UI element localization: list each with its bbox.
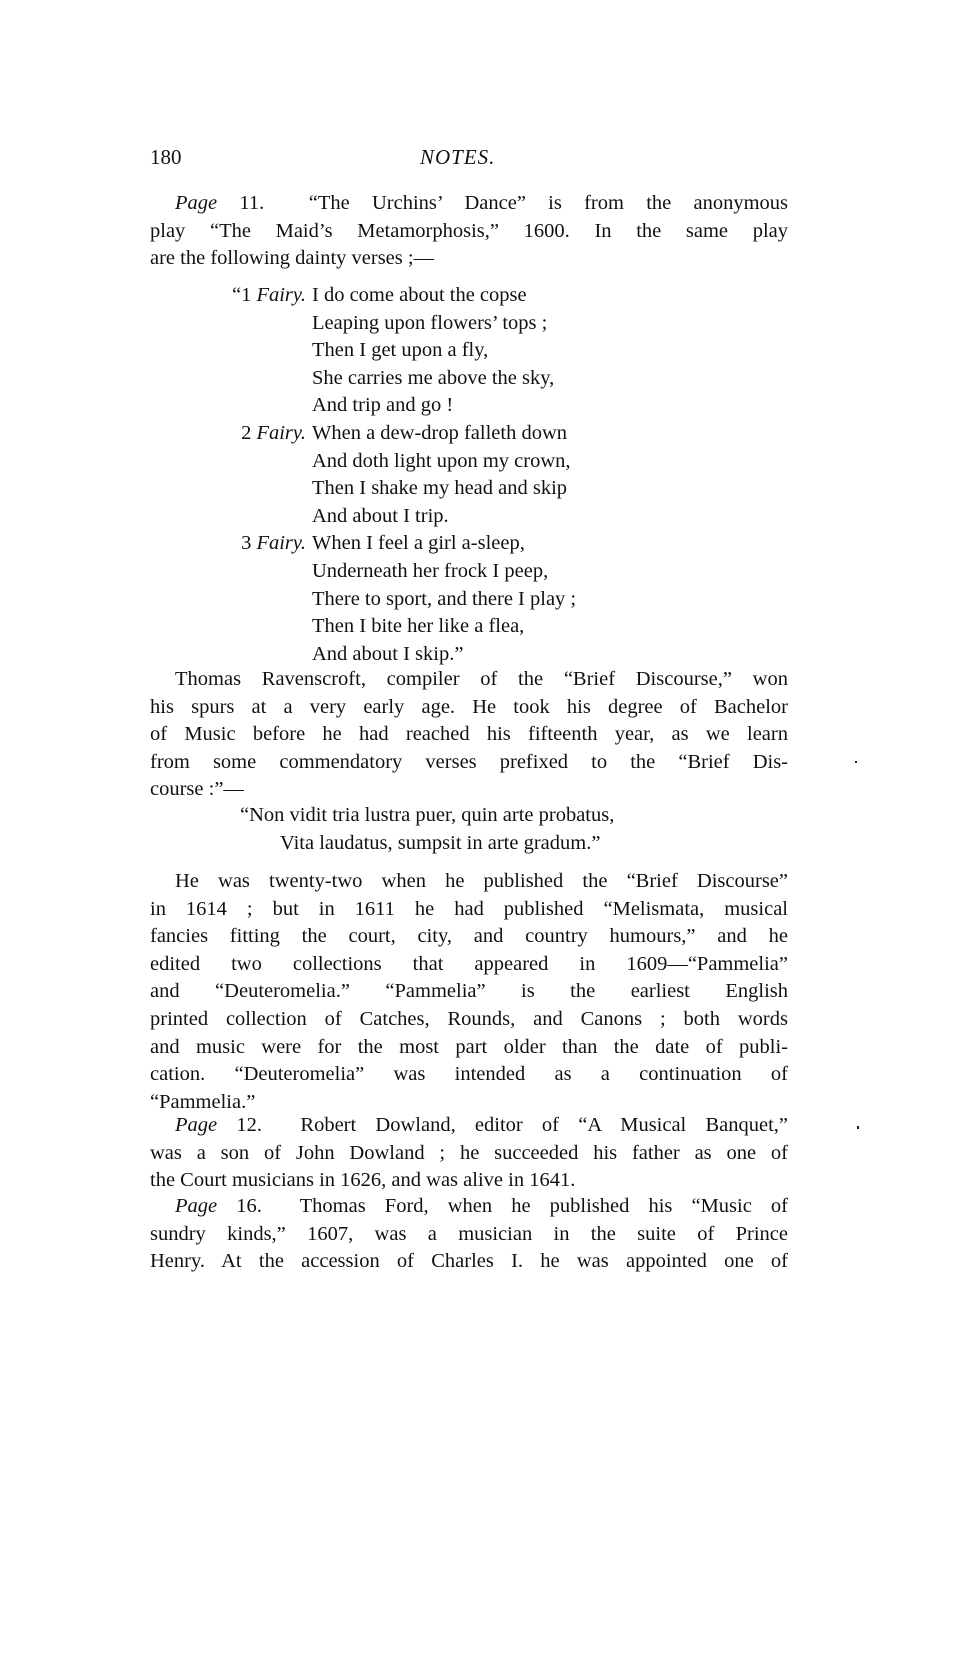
page-ref-number: 16. — [236, 1195, 262, 1217]
note-page-11: Page 11. “The Urchins’ Dance” is from th… — [150, 190, 788, 273]
paragraph-line: from some commendatory verses prefixed t… — [150, 749, 788, 777]
verse-line: Then I shake my head and skip — [150, 475, 790, 503]
verse-line: Underneath her frock I peep, — [150, 558, 790, 586]
verse-line: She carries me above the sky, — [150, 365, 790, 393]
verse-line: “1 Fairy. I do come about the copse — [150, 282, 790, 310]
quote-line: “Non vidit tria lustra puer, quin arte p… — [150, 802, 790, 830]
page-number: 180 — [150, 145, 182, 170]
latin-quotation: “Non vidit tria lustra puer, quin arte p… — [150, 802, 790, 857]
paragraph-line: and “Deuteromelia.” “Pammelia” is the ea… — [150, 978, 788, 1006]
paragraph-publications: He was twenty-two when he published the … — [150, 868, 788, 1116]
paragraph-line: cation. “Deuteromelia” was intended as a… — [150, 1061, 788, 1089]
verse-line: And about I skip.” — [150, 641, 790, 669]
paragraph-line: and music were for the most part older t… — [150, 1034, 788, 1062]
paragraph-line: He was twenty-two when he published the … — [150, 868, 788, 896]
verse-line: And trip and go ! — [150, 392, 790, 420]
paragraph-line: edited two collections that appeared in … — [150, 951, 788, 979]
paragraph-line: Page 12. Robert Dowland, editor of “A Mu… — [150, 1112, 788, 1140]
note-page-12: Page 12. Robert Dowland, editor of “A Mu… — [150, 1112, 788, 1195]
verse-line: Then I bite her like a flea, — [150, 613, 790, 641]
speaker-label: 3 Fairy. — [241, 530, 306, 558]
scan-speck — [857, 1126, 859, 1129]
verse-line: 3 Fairy. When I feel a girl a-sleep, — [150, 530, 790, 558]
quote-line: Vita laudatus, sumpsit in arte gradum.” — [150, 830, 790, 858]
speaker-label: “1 Fairy. — [232, 282, 306, 310]
paragraph-ravenscroft: Thomas Ravenscroft, compiler of the “Bri… — [150, 666, 788, 804]
page-ref-label: Page — [175, 1195, 217, 1217]
paragraph-line: Page 11. “The Urchins’ Dance” is from th… — [150, 190, 788, 218]
scan-speck — [855, 761, 857, 763]
running-title: NOTES. — [420, 145, 495, 170]
paragraph-line: his spurs at a very early age. He took h… — [150, 694, 788, 722]
page-ref-label: Page — [175, 192, 217, 214]
page-ref-number: 11. — [239, 192, 264, 214]
paragraph-line: fancies fitting the court, city, and cou… — [150, 923, 788, 951]
speaker-label: 2 Fairy. — [241, 420, 306, 448]
paragraph-line: course :”— — [150, 776, 788, 804]
verse-line: Then I get upon a fly, — [150, 337, 790, 365]
paragraph-line: printed collection of Catches, Rounds, a… — [150, 1006, 788, 1034]
fairy-verse: “1 Fairy. I do come about the copse Leap… — [150, 282, 790, 668]
paragraph-line: Henry. At the accession of Charles I. he… — [150, 1248, 788, 1276]
paragraph-line: in 1614 ; but in 1611 he had published “… — [150, 896, 788, 924]
paragraph-line: was a son of John Dowland ; he succeeded… — [150, 1140, 788, 1168]
page-ref-label: Page — [175, 1114, 217, 1136]
verse-line: There to sport, and there I play ; — [150, 586, 790, 614]
paragraph-line: the Court musicians in 1626, and was ali… — [150, 1167, 788, 1195]
paragraph-line: play “The Maid’s Metamorphosis,” 1600. I… — [150, 218, 788, 246]
note-page-16: Page 16. Thomas Ford, when he published … — [150, 1193, 788, 1276]
page-ref-number: 12. — [236, 1114, 262, 1136]
paragraph-line: Thomas Ravenscroft, compiler of the “Bri… — [150, 666, 788, 694]
paragraph-line: Page 16. Thomas Ford, when he published … — [150, 1193, 788, 1221]
verse-line: 2 Fairy. When a dew-drop falleth down — [150, 420, 790, 448]
verse-line: And doth light upon my crown, — [150, 448, 790, 476]
verse-line: And about I trip. — [150, 503, 790, 531]
verse-line: Leaping upon flowers’ tops ; — [150, 310, 790, 338]
paragraph-line: are the following dainty verses ;— — [150, 245, 788, 273]
paragraph-line: sundry kinds,” 1607, was a musician in t… — [150, 1221, 788, 1249]
book-page: 180 NOTES. Page 11. “The Urchins’ Dance”… — [0, 0, 977, 1671]
paragraph-line: of Music before he had reached his fifte… — [150, 721, 788, 749]
running-head: 180 NOTES. — [150, 145, 790, 171]
